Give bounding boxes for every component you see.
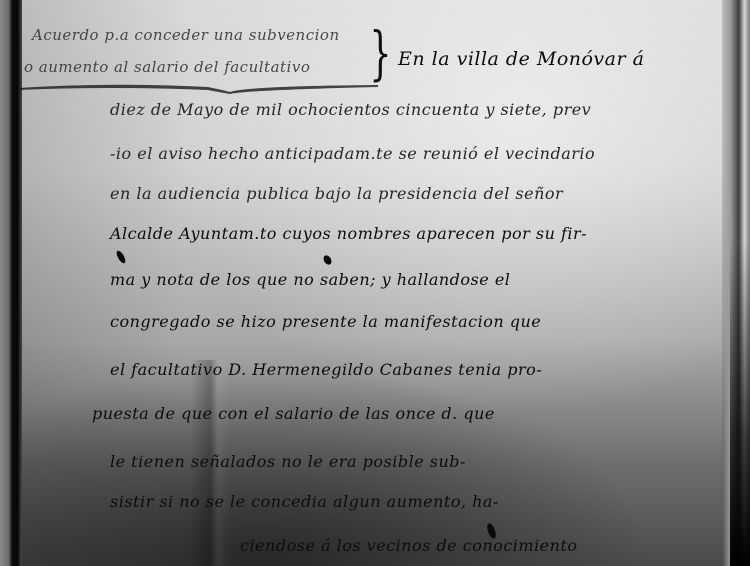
body-line-11: sistir si no se le concedia algun aument… bbox=[110, 492, 499, 511]
curly-brace-mark: } bbox=[369, 24, 391, 82]
body-line-10: le tienen señalados no le era posible su… bbox=[110, 452, 466, 471]
body-line-4: en la audiencia publica bajo la presiden… bbox=[110, 184, 563, 203]
body-line-6: ma y nota de los que no saben; y halland… bbox=[110, 270, 510, 289]
body-line-1: En la villa de Monóvar á bbox=[398, 48, 644, 70]
body-line-8: el facultativo D. Hermenegildo Cabanes t… bbox=[110, 360, 542, 379]
flourish-underline bbox=[18, 82, 378, 94]
body-line-5: Alcalde Ayuntam.to cuyos nombres aparece… bbox=[110, 224, 587, 243]
body-line-12: ciendose á los vecinos de conocimiento bbox=[240, 536, 578, 555]
manuscript-scan: Acuerdo p.a conceder una subvencion o au… bbox=[0, 0, 750, 566]
binding-shadow bbox=[722, 0, 750, 566]
body-line-3: -io el aviso hecho anticipadam.te se reu… bbox=[110, 144, 595, 163]
body-line-2: diez de Mayo de mil ochocientos cincuent… bbox=[110, 100, 591, 119]
ink-flourish bbox=[322, 254, 333, 266]
ink-flourish bbox=[115, 249, 127, 264]
margin-note-line-2: o aumento al salario del facultativo bbox=[24, 58, 310, 76]
body-line-7: congregado se hizo presente la manifesta… bbox=[110, 312, 541, 331]
margin-note-line-1: Acuerdo p.a conceder una subvencion bbox=[32, 26, 340, 44]
body-line-9: puesta de que con el salario de las once… bbox=[92, 404, 495, 423]
